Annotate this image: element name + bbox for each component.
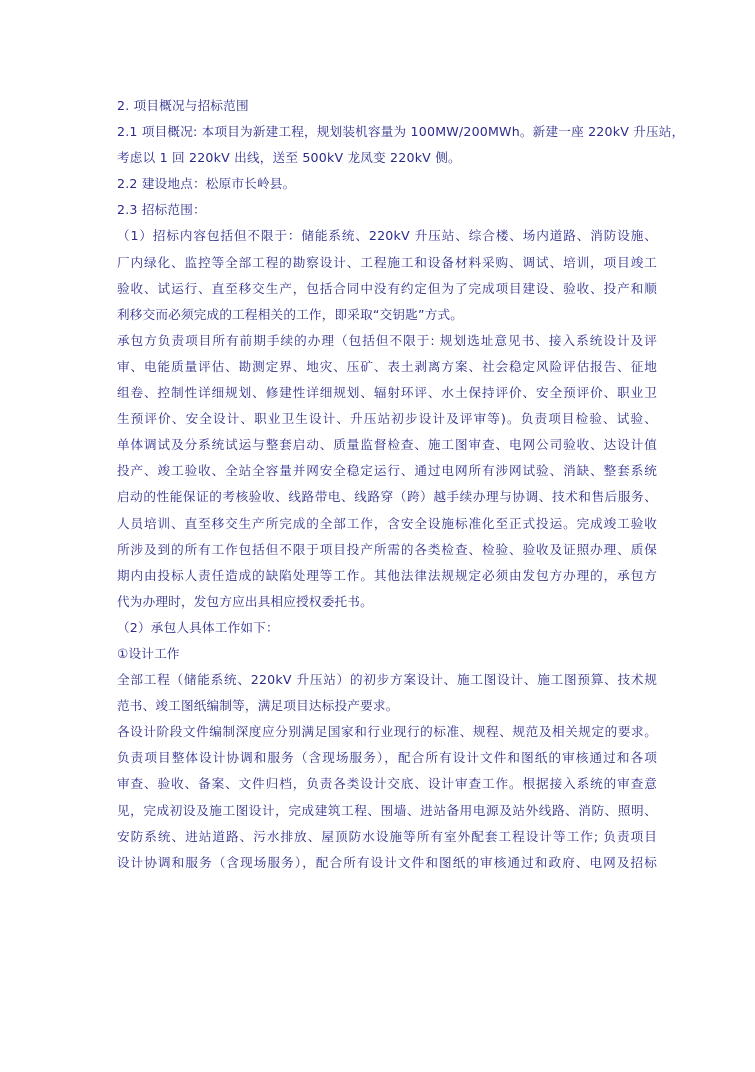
- paragraph-line: 单体调试及分系统试运与整套启动、质量监督检查、施工图审查、电网公司验收、达设计值: [117, 432, 657, 458]
- paragraph-line: 利移交而必须完成的工程相关的工作，即采取“交钥匙”方式。: [117, 302, 657, 328]
- document-page: 2. 项目概况与招标范围 2.1 项目概况: 本项目为新建工程，规划装机容量为 …: [117, 93, 657, 876]
- paragraph-line: 验收、试运行、直至移交生产，包括合同中没有约定但为了完成项目建设、验收、投产和顺: [117, 276, 657, 302]
- paragraph-line: （1）招标内容包括但不限于：储能系统、220kV 升压站、综合楼、场内道路、消防…: [117, 223, 657, 249]
- paragraph-line: 组卷、控制性详细规划、修建性详细规划、辐射环评、水土保持评价、安全预评价、职业卫: [117, 380, 657, 406]
- paragraph-line: 生预评价、安全设计、职业卫生设计、升压站初步设计及评审等)。负责项目检验、试验、: [117, 406, 657, 432]
- paragraph-line: 代为办理时，发包方应出具相应授权委托书。: [117, 589, 657, 615]
- paragraph-line: 考虑以 1 回 220kV 出线，送至 500kV 龙凤变 220kV 侧。: [117, 145, 657, 171]
- paragraph-line: 见，完成初设及施工图设计，完成建筑工程、围墙、进站备用电源及站外线路、消防、照明…: [117, 798, 657, 824]
- paragraph-line: ①设计工作: [117, 641, 657, 667]
- paragraph-line: 人员培训、直至移交生产所完成的全部工作，含安全设施标准化至正式投运。完成竣工验收: [117, 511, 657, 537]
- paragraph-line: 安防系统、进站道路、污水排放、屋顶防水设施等所有室外配套工程设计等工作; 负责项…: [117, 824, 657, 850]
- paragraph-line: 审查、验收、备案、文件归档，负责各类设计交底、设计审查工作。根据接入系统的审查意: [117, 771, 657, 797]
- paragraph-line: 2.2 建设地点：松原市长岭县。: [117, 171, 657, 197]
- paragraph-line: 所涉及到的所有工作包括但不限于项目投产所需的各类检查、检验、验收及证照办理、质保: [117, 537, 657, 563]
- document-body: 2.1 项目概况: 本项目为新建工程，规划装机容量为 100MW/200MWh。…: [117, 119, 657, 876]
- paragraph-line: 设计协调和服务（含现场服务），配合所有设计文件和图纸的审核通过和政府、电网及招标: [117, 850, 657, 876]
- paragraph-line: （2）承包人具体工作如下：: [117, 615, 657, 641]
- paragraph-line: 负责项目整体设计协调和服务（含现场服务），配合所有设计文件和图纸的审核通过和各项: [117, 745, 657, 771]
- section-heading: 2. 项目概况与招标范围: [117, 93, 657, 119]
- paragraph-line: 2.3 招标范围：: [117, 197, 657, 223]
- paragraph-line: 各设计阶段文件编制深度应分别满足国家和行业现行的标准、规程、规范及相关规定的要求…: [117, 719, 657, 745]
- paragraph-line: 2.1 项目概况: 本项目为新建工程，规划装机容量为 100MW/200MWh。…: [117, 119, 657, 145]
- paragraph-line: 启动的性能保证的考核验收、线路带电、线路穿（跨）越手续办理与协调、技术和售后服务…: [117, 484, 657, 510]
- paragraph-line: 厂内绿化、监控等全部工程的勘察设计、工程施工和设备材料采购、调试、培训，项目竣工: [117, 250, 657, 276]
- paragraph-line: 投产、竣工验收、全站全容量并网安全稳定运行、通过电网所有涉网试验、消缺、整套系统: [117, 458, 657, 484]
- paragraph-line: 全部工程（储能系统、220kV 升压站）的初步方案设计、施工图设计、施工图预算、…: [117, 667, 657, 693]
- paragraph-line: 审、电能质量评估、勘测定界、地灾、压矿、表土剥离方案、社会稳定风险评估报告、征地: [117, 354, 657, 380]
- paragraph-line: 承包方负责项目所有前期手续的办理（包括但不限于: 规划选址意见书、接入系统设计及…: [117, 328, 657, 354]
- paragraph-line: 期内由投标人责任造成的缺陷处理等工作。其他法律法规规定必须由发包方办理的，承包方: [117, 563, 657, 589]
- paragraph-line: 范书、竣工图纸编制等，满足项目达标投产要求。: [117, 693, 657, 719]
